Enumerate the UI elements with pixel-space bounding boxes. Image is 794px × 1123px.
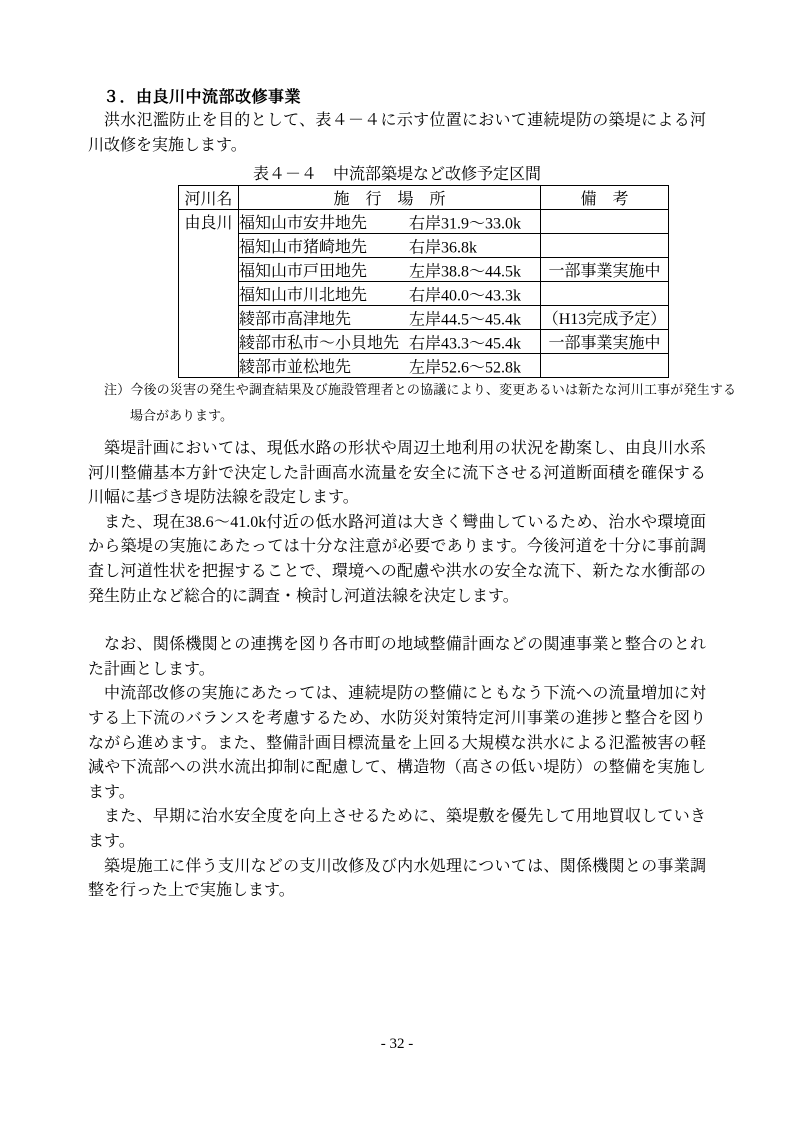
place-cell: 綾部市並松地先 左岸52.6～52.8k [239,354,541,378]
page-number: - 32 - [0,1036,794,1053]
river-name-cell: 由良川 [179,210,239,378]
table-row: 綾部市並松地先 左岸52.6～52.8k [179,354,669,378]
paragraph: また、早期に治水安全度を向上させるために、築堤敷を優先して用地買収していきます。 [88,805,706,854]
place-cell: 綾部市高津地先 左岸44.5～45.4k [239,306,541,330]
table-row: 福知山市猪崎地先 右岸36.8k [179,234,669,258]
paragraph: 中流部改修の実施にあたっては、連続堤防の整備にともなう下流への流量増加に対する上… [88,682,706,805]
document-page: ３．由良川中流部改修事業 洪水氾濫防止を目的として、表４－４に示す位置において連… [0,0,794,1123]
place-cell: 福知山市川北地先 右岸40.0～43.3k [239,282,541,306]
paragraph: 築堤施工に伴う支川などの支川改修及び内水処理については、関係機関との事業調整を行… [88,855,706,904]
remarks-cell [541,210,669,234]
table-row: 福知山市川北地先 右岸40.0～43.3k [179,282,669,306]
table-row: 綾部市私市～小貝地先 右岸43.3～45.4k 一部事業実施中 [179,330,669,354]
remarks-cell: 一部事業実施中 [541,330,669,354]
place-name: 綾部市並松地先 [239,359,351,376]
paragraph: 築堤計画においては、現低水路の形状や周辺土地利用の状況を勘案し、由良川水系河川整… [88,437,706,511]
paragraph: また、現在38.6～41.0k付近の低水路河道は大きく彎曲しているため、治水や環… [88,511,706,609]
bank-section: 右岸40.0～43.3k [409,282,521,305]
bank-section: 右岸36.8k [409,234,477,257]
bank-section: 左岸44.5～45.4k [409,306,521,329]
table-footnote: 注）今後の災害の発生や調査結果及び施設管理者との協議により、変更あるいは新たな河… [104,377,736,429]
bank-section: 右岸43.3～45.4k [409,330,521,353]
paragraph: なお、関係機関との連携を図り各市町の地域整備計画などの関連事業と整合のとれた計画… [88,633,706,682]
place-name: 福知山市安井地先 [239,215,367,232]
place-name: 綾部市私市～小貝地先 [239,335,399,352]
table-header-row: 河川名 施 行 場 所 備 考 [179,186,669,210]
table-row: 福知山市戸田地先 左岸38.8～44.5k 一部事業実施中 [179,258,669,282]
place-cell: 綾部市私市～小貝地先 右岸43.3～45.4k [239,330,541,354]
remarks-cell [541,282,669,306]
table-caption: 表４－４ 中流部築堤など改修予定区間 [0,161,794,184]
remarks-cell: 一部事業実施中 [541,258,669,282]
place-name: 福知山市川北地先 [239,287,367,304]
place-cell: 福知山市安井地先 右岸31.9～33.0k [239,210,541,234]
intro-paragraph: 洪水氾濫防止を目的として、表４－４に示す位置において連続堤防の築堤による河川改修… [88,109,706,158]
header-location: 施 行 場 所 [239,186,541,210]
remarks-cell [541,234,669,258]
table-row: 由良川 福知山市安井地先 右岸31.9～33.0k [179,210,669,234]
place-name: 福知山市猪崎地先 [239,239,367,256]
place-cell: 福知山市猪崎地先 右岸36.8k [239,234,541,258]
header-river-name: 河川名 [179,186,239,210]
place-cell: 福知山市戸田地先 左岸38.8～44.5k [239,258,541,282]
table-row: 綾部市高津地先 左岸44.5～45.4k （H13完成予定） [179,306,669,330]
section-title: ３．由良川中流部改修事業 [103,84,301,107]
place-name: 綾部市高津地先 [239,311,351,328]
bank-section: 左岸38.8～44.5k [409,258,521,281]
remarks-cell [541,354,669,378]
header-remarks: 備 考 [541,186,669,210]
remarks-cell: （H13完成予定） [541,306,669,330]
place-name: 福知山市戸田地先 [239,263,367,280]
bank-section: 右岸31.9～33.0k [409,210,521,233]
bank-section: 左岸52.6～52.8k [409,354,521,377]
improvement-sections-table: 河川名 施 行 場 所 備 考 由良川 福知山市安井地先 右岸31.9～33.0… [178,185,669,378]
body-text: 築堤計画においては、現低水路の形状や周辺土地利用の状況を勘案し、由良川水系河川整… [88,437,706,904]
